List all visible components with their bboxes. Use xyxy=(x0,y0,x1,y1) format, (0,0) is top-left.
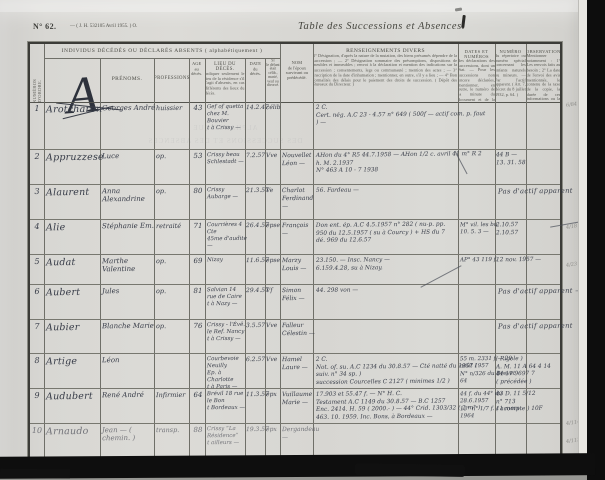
cell-nom: Appruzzese xyxy=(46,152,106,164)
cell-num: 3 xyxy=(31,187,43,196)
cell-prenoms: Blanche Marie xyxy=(102,322,156,331)
page-title: Table des Successions et Absences. xyxy=(298,21,465,32)
cell-conjoint: Marzy Louis — xyxy=(282,257,316,273)
col-header-prenoms: PRÉNOMS. xyxy=(100,74,154,82)
cell-num: 1 xyxy=(31,104,43,113)
cell-num: 6 xyxy=(31,287,43,296)
cell-profession: transp. xyxy=(156,426,189,434)
scan-border-right xyxy=(587,0,605,480)
cell-prenoms: Luce xyxy=(102,152,156,161)
col-header-lieu: LIEU DU DÉCÈS. Indiquer seulement le lie… xyxy=(205,60,245,102)
cell-renseignements: 44. 298 von — xyxy=(316,286,488,295)
cell-profession: op. xyxy=(156,187,189,195)
cell-nom: Aubier xyxy=(46,322,106,334)
cell-profession: huissier xyxy=(156,104,189,112)
cell-etat: célib xyxy=(266,104,282,111)
cell-etat: épx xyxy=(266,426,282,433)
cell-conjoint: Vuillaume Marie — xyxy=(282,391,316,407)
cell-age: 76 xyxy=(191,322,205,330)
cell-age: 81 xyxy=(191,287,205,295)
cell-renseignements: 56. Fardeau — xyxy=(316,186,488,195)
cell-numero: ( Rigole ) A. M. 11 A 64 4 14 44 17 9697… xyxy=(496,356,560,387)
scan-border-blob xyxy=(0,469,70,479)
col-header-lieu-title: LIEU DU DÉCÈS. xyxy=(205,62,245,72)
cell-age: 71 xyxy=(191,222,205,230)
col-header-age-label: ÂGE au décès. xyxy=(189,62,205,77)
col-header-date: DATE du décès. xyxy=(245,62,265,102)
cell-lieu: Gef of quetta chez M. Bouvier t à Crissy… xyxy=(207,104,247,132)
table-row: 7AubierBlanche Marieop.76Crissy - l'Évê.… xyxy=(30,320,560,354)
col-header-professions-label: PROFESSIONS. xyxy=(154,76,189,81)
col-header-declarations-note: des déclarations des successions, dont u… xyxy=(458,59,495,102)
cell-nom: Audat xyxy=(46,257,106,269)
cell-conjoint: Nouvellet Léon — xyxy=(282,152,316,168)
cell-lieu: Nizay xyxy=(207,257,247,264)
cell-etat: épx xyxy=(266,391,282,398)
cell-num: 5 xyxy=(31,257,43,266)
table-row: 8ArtigeLéonCourbevoie Neuilly Ep. à Char… xyxy=(30,354,560,389)
cell-age: 80 xyxy=(191,187,205,195)
cell-nom: Aubert xyxy=(46,287,106,299)
cell-conjoint: Falleur Célestin — xyxy=(282,322,316,338)
col-header-date-label: DATE du décès. xyxy=(245,62,265,77)
col-header-etat-label: SI le défunt était célib., marié, veuf o… xyxy=(265,59,280,88)
cell-lieu: Crissy “La Résidence” t ailleurs — xyxy=(207,426,247,447)
cell-lieu: Salvian 14 rue de Caire t à Nazy — xyxy=(207,287,247,308)
scanned-register-page: N° 62. — ( J. H. 532105 Avril 1955. ) O.… xyxy=(0,0,605,480)
cell-lieu: Crissy beau Schlestadt — xyxy=(207,152,247,166)
cell-age: 64 xyxy=(191,391,205,399)
cell-age: 88 xyxy=(191,426,205,434)
cell-profession: op. xyxy=(156,287,189,295)
cell-age: 43 xyxy=(191,104,205,112)
cell-prenoms: René André xyxy=(102,391,156,400)
cell-nom: Alaurent xyxy=(46,187,106,199)
cell-num: 2 xyxy=(31,152,43,161)
group-header: INDIVIDUS DÉCÉDÉS OU DÉCLARÉS ABSENTS ( … xyxy=(44,44,280,59)
cell-etat: épse xyxy=(266,257,282,264)
cell-nom: Arnaudo xyxy=(46,426,106,438)
cell-prenoms: Léon xyxy=(102,356,156,365)
col-header-numero: NUMÉRO du répertoire ou numéro spécial c… xyxy=(495,47,526,102)
cell-etat: Ve xyxy=(266,187,282,194)
col-header-conjoint-label: NOM de l'époux survivant ou prédécédé. xyxy=(280,61,313,81)
cell-prenoms: Marthe Valentine xyxy=(102,257,156,274)
col-header-renseignements: RENSEIGNEMENTS DIVERS 1° Désignation, d'… xyxy=(313,46,458,102)
col-header-numero-note: du répertoire ou numéro spécial concerna… xyxy=(495,54,526,98)
col-header-conjoint: NOM de l'époux survivant ou prédécédé. xyxy=(280,61,313,102)
scan-border-blob xyxy=(355,463,465,477)
paper-top-highlight xyxy=(0,0,580,12)
col-header-declarations-title: DATES ET NUMÉROS xyxy=(458,49,495,59)
cell-numero: 44 B — 13. 31. 58 xyxy=(496,152,560,168)
cell-etat: Vve xyxy=(266,356,282,363)
cell-conjoint: Hamel Laure — xyxy=(282,356,316,372)
col-header-ordre-label: NUMÉROS D'ORDRE. xyxy=(32,70,42,102)
cell-lieu: Crissy - l'Évê. le Ref. Nancy t à Crissy… xyxy=(207,322,247,343)
table-row: 5AudatMarthe Valentineop.69Nizay11.6.57é… xyxy=(30,255,560,285)
cell-nom: Arotcharen xyxy=(46,104,106,116)
col-header-lieu-note: Indiquer seulement le lieu de la résiden… xyxy=(205,72,245,96)
cell-prenoms: Anna Alexandrine xyxy=(102,187,156,204)
cell-num: 9 xyxy=(31,391,43,400)
cell-lieu: Courbevoie Neuilly Ep. à Charlotte t à P… xyxy=(207,356,247,391)
cell-age: 69 xyxy=(191,257,205,265)
paper-sheet: N° 62. — ( J. H. 532105 Avril 1955. ) O.… xyxy=(0,0,580,470)
col-header-observations: OBSERVATIONS. Mentionner notamment : 1° … xyxy=(526,47,560,102)
col-header-declarations: DATES ET NUMÉROS des déclarations des su… xyxy=(458,47,495,102)
cell-num: 4 xyxy=(31,222,43,231)
cell-profession: Infirmier xyxy=(156,391,189,399)
margin-note: 6/84 xyxy=(566,101,578,109)
cell-numero: 2.10.57 2.10.57 xyxy=(496,222,560,238)
cell-prenoms: Jean — ( chemin. ) xyxy=(102,426,156,443)
cell-numero: 43 D. 11 5/12 n° 713 ( acompte ) 10F xyxy=(496,391,560,414)
col-header-prenoms-label: PRÉNOMS. xyxy=(100,76,154,82)
cell-num: 10 xyxy=(31,426,43,435)
cell-profession: op. xyxy=(156,152,189,160)
cell-etat: épse xyxy=(266,222,282,229)
col-header-professions: PROFESSIONS. xyxy=(154,74,189,81)
table-row: 2AppruzzeseLuceop.53Crissy beau Schlesta… xyxy=(30,150,560,185)
cell-conjoint: Charlot Ferdinand — xyxy=(282,187,316,211)
col-header-observations-note: Mentionner notamment : 1° Les renvois fa… xyxy=(526,54,560,102)
ink-blot xyxy=(461,15,466,28)
cell-prenoms: Stéphanie Em. xyxy=(102,222,156,231)
col-header-age: ÂGE au décès. xyxy=(189,62,205,102)
cell-profession: op. xyxy=(156,257,189,265)
scan-border-bottom xyxy=(0,453,595,479)
cell-conjoint: Dergandeau — xyxy=(282,426,316,442)
margin-note: 4/18 xyxy=(566,223,578,231)
table-row: 9AudubertRené AndréInfirmier64Brévil 18 … xyxy=(30,389,560,424)
margin-note: 4/23 xyxy=(566,261,578,269)
cell-num: 8 xyxy=(31,356,43,365)
cell-num: 7 xyxy=(31,322,43,331)
table-row: 1ArotcharenGeorges Andréhuissier43Gef of… xyxy=(30,102,560,150)
cell-etat: Vve xyxy=(266,152,282,159)
cell-lieu: Crissy Aubarge — xyxy=(207,187,247,201)
cell-profession: retraité xyxy=(156,222,189,230)
cell-etat: Vf xyxy=(266,287,282,294)
form-reference: — ( J. H. 532105 Avril 1955. ) O. xyxy=(70,24,137,29)
cell-prenoms: Georges André xyxy=(102,104,156,113)
cell-conjoint: Simon Félix — xyxy=(282,287,316,303)
cell-lieu: Courrières 4 Cte 45me d'audite — xyxy=(207,222,247,250)
col-header-ordre: NUMÉROS D'ORDRE. xyxy=(30,58,44,102)
cell-etat: Vve xyxy=(266,322,282,329)
cell-nom: Alie xyxy=(46,222,106,234)
table-row: 6AubertJulesop.81Salvian 14 rue de Caire… xyxy=(30,285,560,320)
cell-prenoms: Jules xyxy=(102,287,156,296)
cell-lieu: Brévil 18 rue le Bon t Bordeaux — xyxy=(207,391,247,412)
cell-renseignements: 2 C. Cert. nég. A.C 23 - 4.57 n° 649 ( 5… xyxy=(316,103,488,127)
form-number: N° 62. xyxy=(33,22,56,31)
table-row: 3AlaurentAnna Alexandrineop.80Crissy Aub… xyxy=(30,185,560,220)
cell-numero: 12 nov. 1957 — xyxy=(496,257,560,265)
col-header-etat: SI le défunt était célib., marié, veuf o… xyxy=(265,59,280,102)
col-header-renseignements-note: 1° Désignation, d'après la nature de la … xyxy=(313,54,457,88)
cell-age: 53 xyxy=(191,152,205,160)
cell-conjoint: François — xyxy=(282,222,316,238)
table-row: 4AlieStéphanie Em.retraité71Courrières 4… xyxy=(30,220,560,255)
cell-nom: Audubert xyxy=(46,391,106,403)
successions-table: INDIVIDUS DÉCÉDÉS OU DÉCLARÉS ABSENTS ( … xyxy=(28,42,562,462)
cell-profession: op. xyxy=(156,322,189,330)
cell-nom: Artige xyxy=(46,356,106,368)
